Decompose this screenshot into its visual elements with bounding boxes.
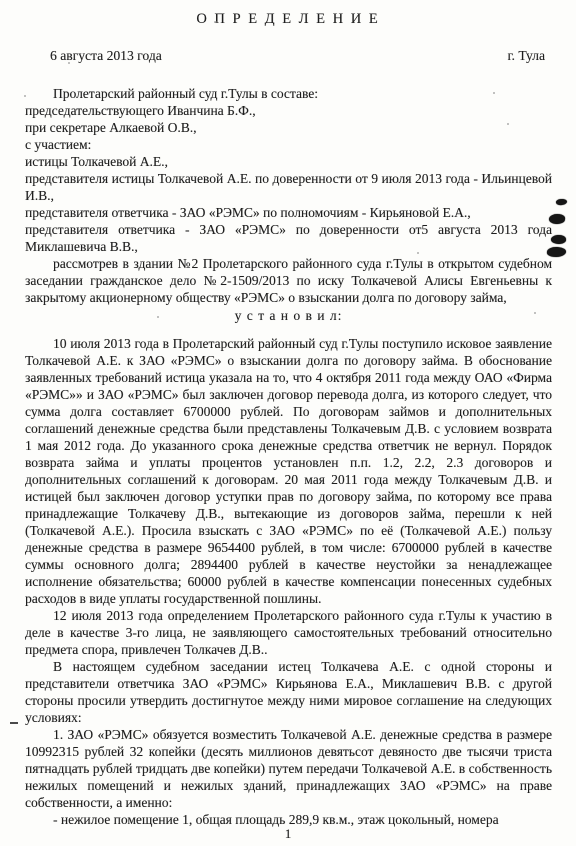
scan-speck [214, 21, 217, 23]
court-composition-line: председательствующего Иванчина Б.Ф., [25, 102, 552, 119]
ink-smudge [556, 198, 568, 205]
page-number: 1 [0, 826, 576, 842]
court-composition-line: представителя истицы Толкачевой А.Е. по … [25, 170, 552, 204]
document-place: г. Тула [508, 48, 545, 64]
court-composition-line: при секретаре Алкаевой О.В., [25, 119, 552, 136]
court-composition-line: с участием: [25, 136, 552, 153]
scan-speck [493, 92, 495, 94]
scan-speck [507, 123, 509, 125]
document-body: Пролетарский районный суд г.Тулы в соста… [25, 85, 552, 828]
ink-smudge [547, 247, 566, 258]
case-description-paragraph: рассмотрев в здании №2 Пролетарского рай… [25, 255, 552, 306]
scan-speck [68, 62, 70, 64]
court-composition-line: представителя ответчика - ЗАО «РЭМС» по … [25, 221, 552, 255]
document-date: 6 августа 2013 года [50, 48, 162, 64]
court-composition-line: Пролетарский районный суд г.Тулы в соста… [25, 85, 552, 102]
document-title: О П Р Е Д Е Л Е Н И Е [0, 11, 576, 28]
ink-smudge [551, 234, 567, 244]
scan-speck [157, 316, 159, 318]
margin-dash-artifact [10, 722, 18, 724]
body-paragraph-settlement-intro: В настоящем судебном заседании истец Тол… [25, 658, 552, 726]
body-paragraph-third-party: 12 июля 2013 года определением Пролетарс… [25, 607, 552, 658]
date-place-row: 6 августа 2013 года г. Тула [50, 48, 545, 64]
scanned-court-document-page: О П Р Е Д Е Л Е Н И Е 6 августа 2013 год… [0, 0, 576, 846]
ink-smudge [549, 213, 566, 224]
body-paragraph-settlement-term-1: 1. ЗАО «РЭМС» обязуется возместить Толка… [25, 726, 552, 811]
scan-speck [417, 252, 419, 254]
body-paragraph-claim: 10 июля 2013 года в Пролетарский районны… [25, 335, 552, 607]
ruling-keyword: у с т а н о в и л: [25, 307, 552, 324]
court-composition-line: представителя ответчика - ЗАО «РЭМС» по … [25, 204, 552, 221]
scan-speck [534, 312, 536, 314]
court-composition-line: истицы Толкачевой А.Е., [25, 153, 552, 170]
scan-speck [24, 95, 26, 97]
